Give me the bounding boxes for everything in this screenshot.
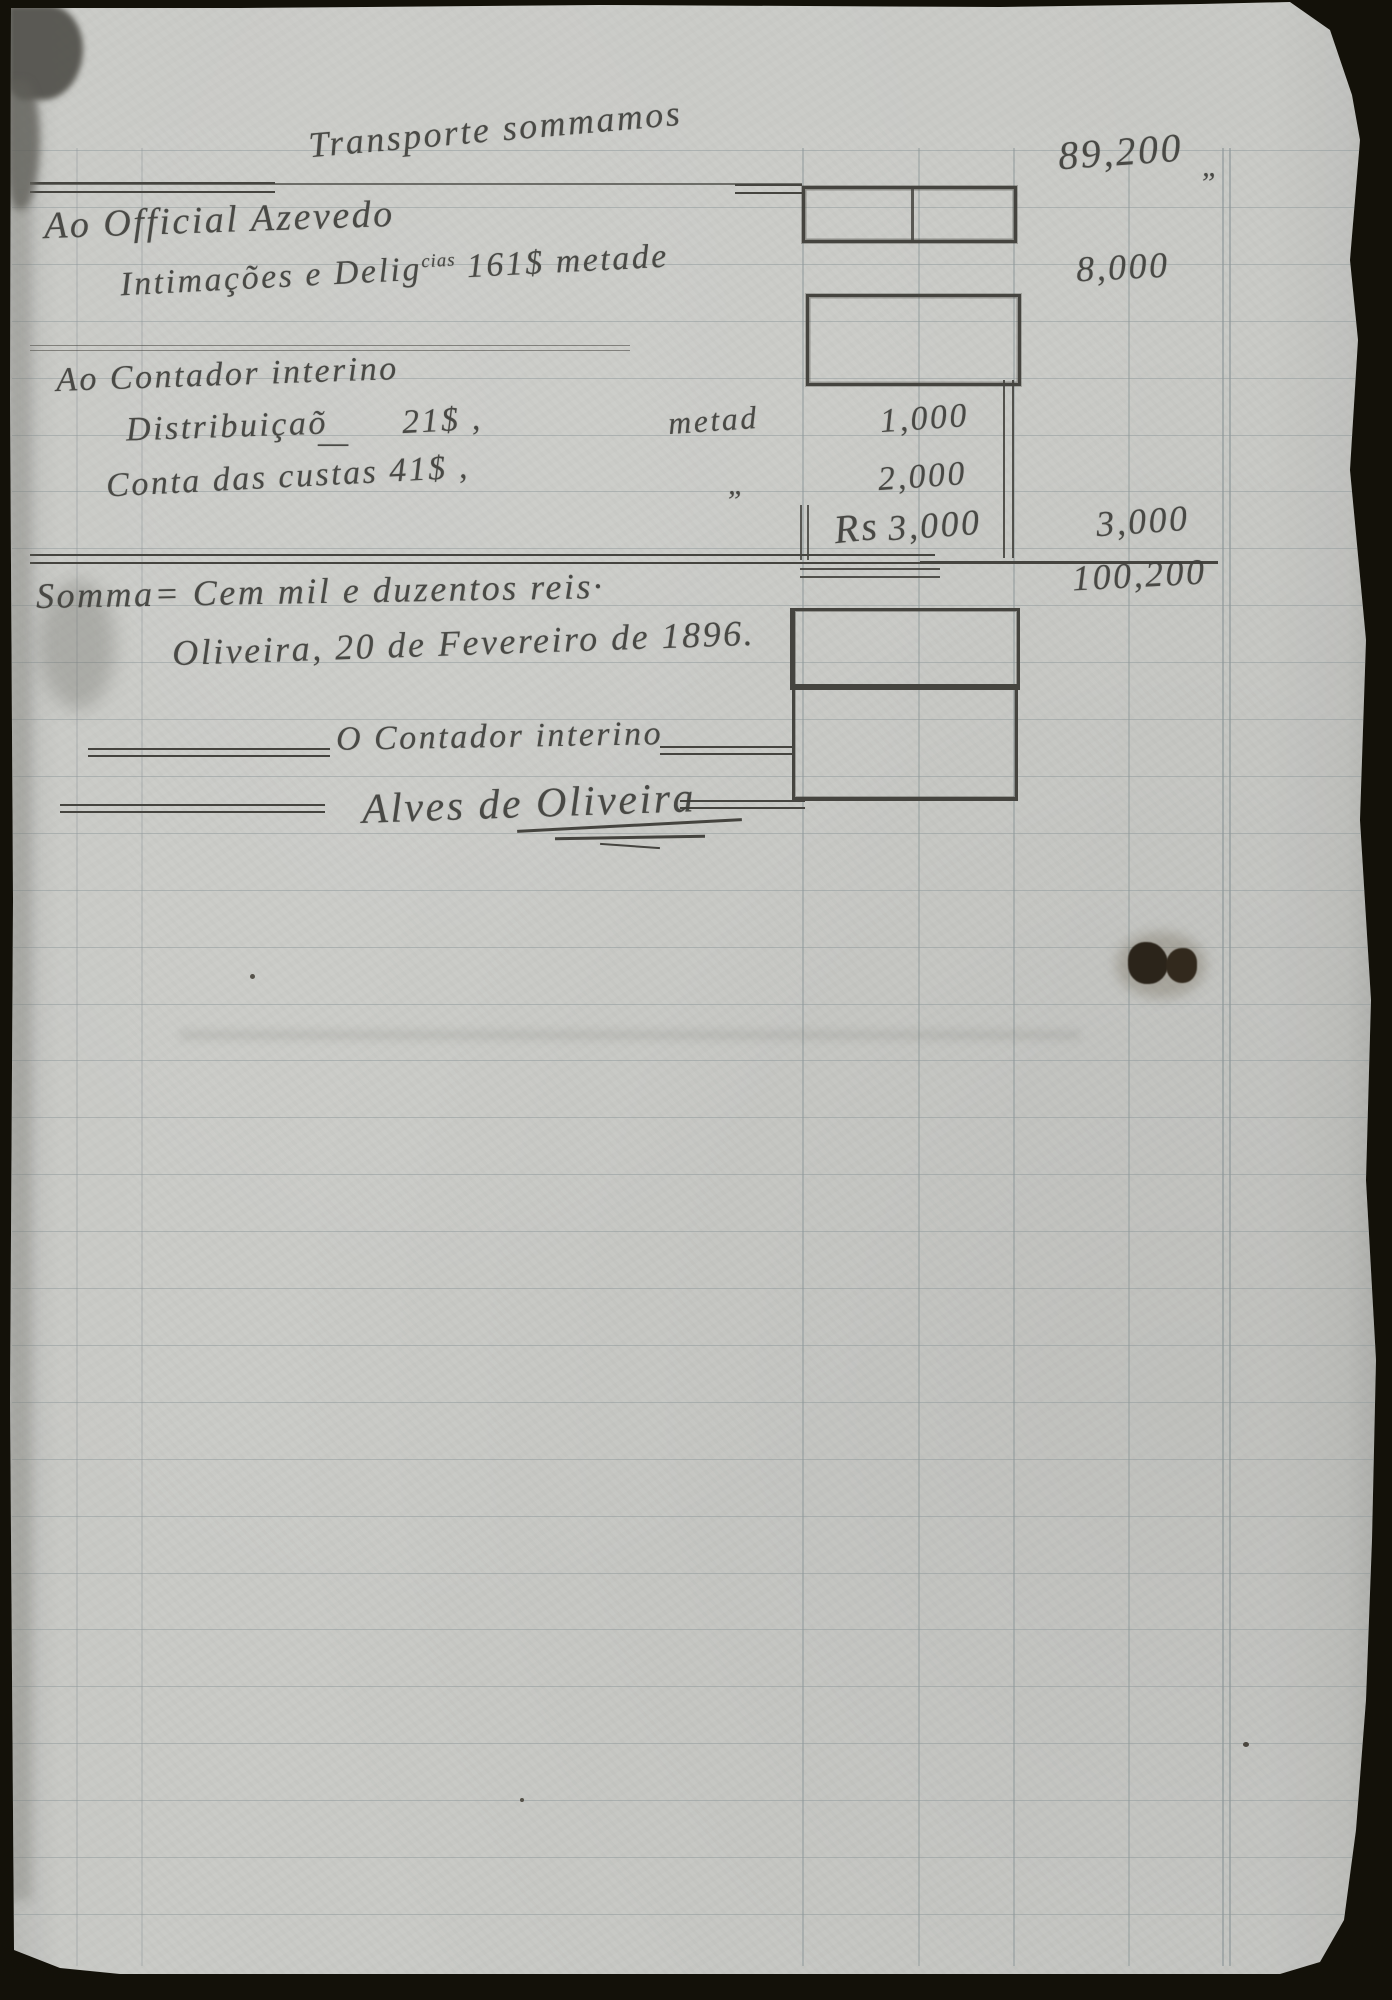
ruled-line-h	[12, 1402, 1377, 1403]
row-distribuicao-qty: 21$ ,	[401, 400, 483, 442]
ruled-line-h	[12, 321, 1377, 322]
ruled-line-h	[12, 833, 1377, 834]
row-intimacoes-amount: 8,000	[1075, 244, 1171, 291]
row-total-col2: 3,000	[1095, 497, 1191, 545]
row-custas-ditto: „	[728, 468, 747, 502]
ruled-line-v	[76, 148, 78, 1966]
ink-blot-2	[1166, 948, 1197, 983]
pencil-dash-contador-right	[660, 746, 792, 755]
speck-3	[520, 1798, 524, 1802]
pencil-rule-top-mid	[735, 184, 802, 194]
pencil-box-b	[806, 294, 1021, 386]
ruled-line-h	[12, 1573, 1377, 1574]
ruled-line-h	[12, 1743, 1377, 1744]
row-distribuicao-amount: 1,000	[879, 397, 970, 441]
ruled-line-h	[12, 1060, 1377, 1061]
row-distribuicao: Distribuiçaõ	[125, 404, 328, 449]
row-transporte-amount: 89,200	[1057, 124, 1185, 180]
pencil-rule-sum-1	[30, 554, 935, 564]
pencil-vertical-heavy-right	[1003, 380, 1014, 558]
row-total-col1: 3,000	[887, 501, 983, 549]
pencil-rule-sum-3	[800, 568, 940, 578]
ruled-line-h	[12, 1174, 1377, 1175]
paper-texture	[0, 0, 1392, 2000]
ruled-line-h	[12, 1914, 1377, 1915]
ruled-line-h	[12, 1686, 1377, 1687]
row-reis-symbol: Rs	[832, 502, 882, 553]
ruled-line-h	[12, 1117, 1377, 1118]
ruled-line-h	[12, 1345, 1377, 1346]
ruled-line-h	[12, 548, 1377, 549]
pencil-dash-signature-left	[60, 804, 325, 813]
row-signature-role: O Contador interino	[336, 715, 664, 759]
paper-sheet: Transporte sommamos 89,200 „ Ao Official…	[0, 0, 1392, 2000]
row-transporte-ditto: „	[1202, 150, 1221, 184]
ruled-line-h	[12, 719, 1377, 720]
ruled-line-h	[12, 890, 1377, 891]
ruled-line-h	[12, 1629, 1377, 1630]
ruled-line-h	[12, 1516, 1377, 1517]
ruled-line-v	[802, 148, 804, 1966]
pencil-rule-top-left	[30, 182, 275, 193]
ruled-line-h	[12, 1459, 1377, 1460]
row-distribuicao-metade: metad	[667, 399, 760, 442]
ruled-line-v	[1222, 148, 1224, 1966]
pencil-box-a-divider	[911, 189, 914, 240]
ruled-line-h	[12, 1004, 1377, 1005]
speck-2	[1243, 1742, 1249, 1747]
pencil-vertical-heavy-left	[800, 505, 809, 560]
pencil-dash-contador-left	[88, 748, 330, 757]
pencil-box-d	[792, 684, 1018, 801]
ruled-line-v	[1229, 148, 1231, 1966]
row-intimacoes-sup: cias	[421, 249, 456, 272]
pencil-box-c	[790, 608, 1020, 690]
ink-blot-1	[1128, 942, 1168, 984]
page-stain-left-edge	[8, 200, 32, 1900]
ruled-line-h	[12, 1800, 1377, 1801]
row-custas-amount: 2,000	[877, 455, 968, 499]
ruled-line-h	[12, 1288, 1377, 1289]
scanned-ledger-page: Transporte sommamos 89,200 „ Ao Official…	[0, 0, 1392, 2000]
speck-1	[250, 974, 255, 979]
ruled-line-h	[12, 1857, 1377, 1858]
pencil-rule-mid-faint	[30, 345, 630, 351]
pencil-dash-signature-right	[680, 800, 805, 809]
ruled-line-v	[1128, 148, 1130, 1966]
row-somma-amount: 100,200	[1071, 551, 1208, 600]
ruled-line-h	[12, 1231, 1377, 1232]
smudge-band	[180, 1030, 1080, 1040]
pencil-box-a	[802, 186, 1017, 243]
